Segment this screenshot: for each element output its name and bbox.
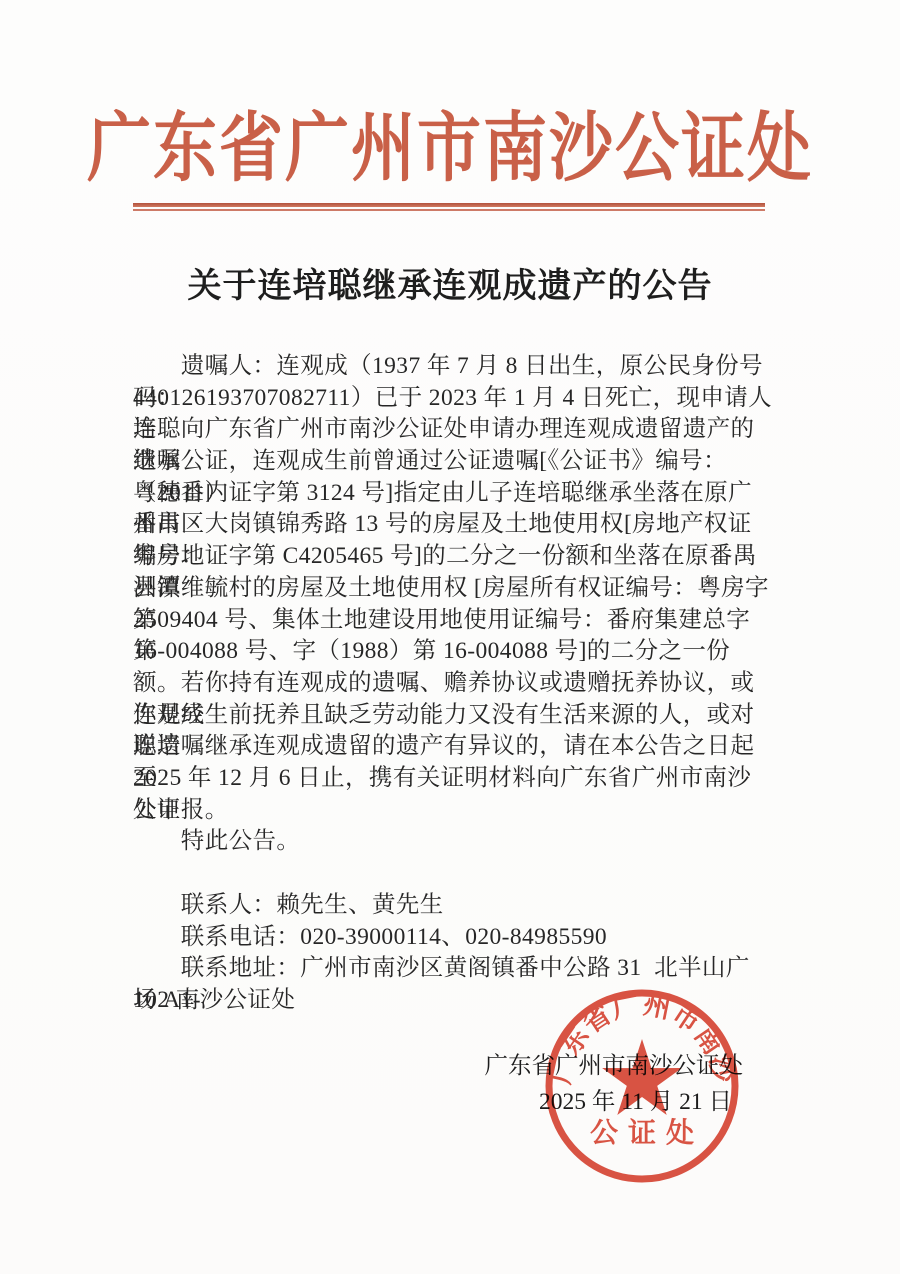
letterhead-divider — [133, 203, 765, 211]
text-line: 粤穗番内证字第 3124 号]指定由儿子连培聪继承坐落在原广州市 — [133, 478, 773, 510]
notarization-notice-page: 广东省广州市南沙公证处 关于连培聪继承连观成遗产的公告 遗嘱人：连观成（1937… — [0, 0, 900, 1274]
text-line: 特此公告。 — [133, 826, 773, 858]
notice-title: 关于连培聪继承连观成遗产的公告 — [0, 258, 900, 307]
text-line: 联系电话：020-39000114、020-84985590 — [133, 922, 773, 954]
text-line: 番禺区大岗镇锦秀路 13 号的房屋及土地使用权[房地产权证编号： — [133, 509, 773, 541]
text-line: 培聪向广东省广州市南沙公证处申请办理连观成遗留遗产的遗嘱 — [133, 414, 773, 446]
text-line: 2509404 号、集体土地建设用地使用证编号：番府集建总字第 — [133, 605, 773, 637]
text-line: 洲镇维毓村的房屋及土地使用权 [房屋所有权证编号：粤房字第 — [133, 573, 773, 605]
divider-thin-line — [133, 209, 765, 211]
text-line: 聪遗嘱继承连观成遗留的遗产有异议的，请在本公告之日起至 — [133, 731, 773, 763]
text-line: 2025 年 12 月 6 日止，携有关证明材料向广东省广州市南沙公证 — [133, 763, 773, 795]
text-line: 若你持有连观成的遗嘱、赡养协议或遗赠抚养协议，或你是经 — [133, 668, 773, 700]
text-line: 继承公证，连观成生前曾通过公证遗嘱[《公证书》编号：（2011） — [133, 446, 773, 478]
text-line: 粤房地证字第 C4205465 号]的二分之一份额和坐落在原番禺县潭 — [133, 541, 773, 573]
seal-star-icon — [602, 1039, 682, 1115]
text-line: 16-004088 号、字（1988）第 16-004088 号]的二分之一份额… — [133, 636, 773, 668]
notice-body-text: 遗嘱人：连观成（1937 年 7 月 8 日出生，原公民身份号码：4401261… — [133, 351, 773, 858]
text-line: 遗嘱人：连观成（1937 年 7 月 8 日出生，原公民身份号码： — [133, 351, 773, 383]
text-line: 440126193707082711）已于 2023 年 1 月 4 日死亡，现… — [133, 383, 773, 415]
divider-thick-line — [133, 203, 765, 207]
official-round-seal: 广东省广州市南沙 公证处 — [532, 976, 752, 1196]
letterhead-org-name: 广东省广州市南沙公证处 — [0, 88, 900, 197]
text-line: 连观成生前抚养且缺乏劳动能力又没有生活来源的人，或对连培 — [133, 700, 773, 732]
text-line: 处申报。 — [133, 795, 773, 827]
text-line: 联系人：赖先生、黄先生 — [133, 890, 773, 922]
seal-bottom-text: 公证处 — [590, 1117, 704, 1149]
